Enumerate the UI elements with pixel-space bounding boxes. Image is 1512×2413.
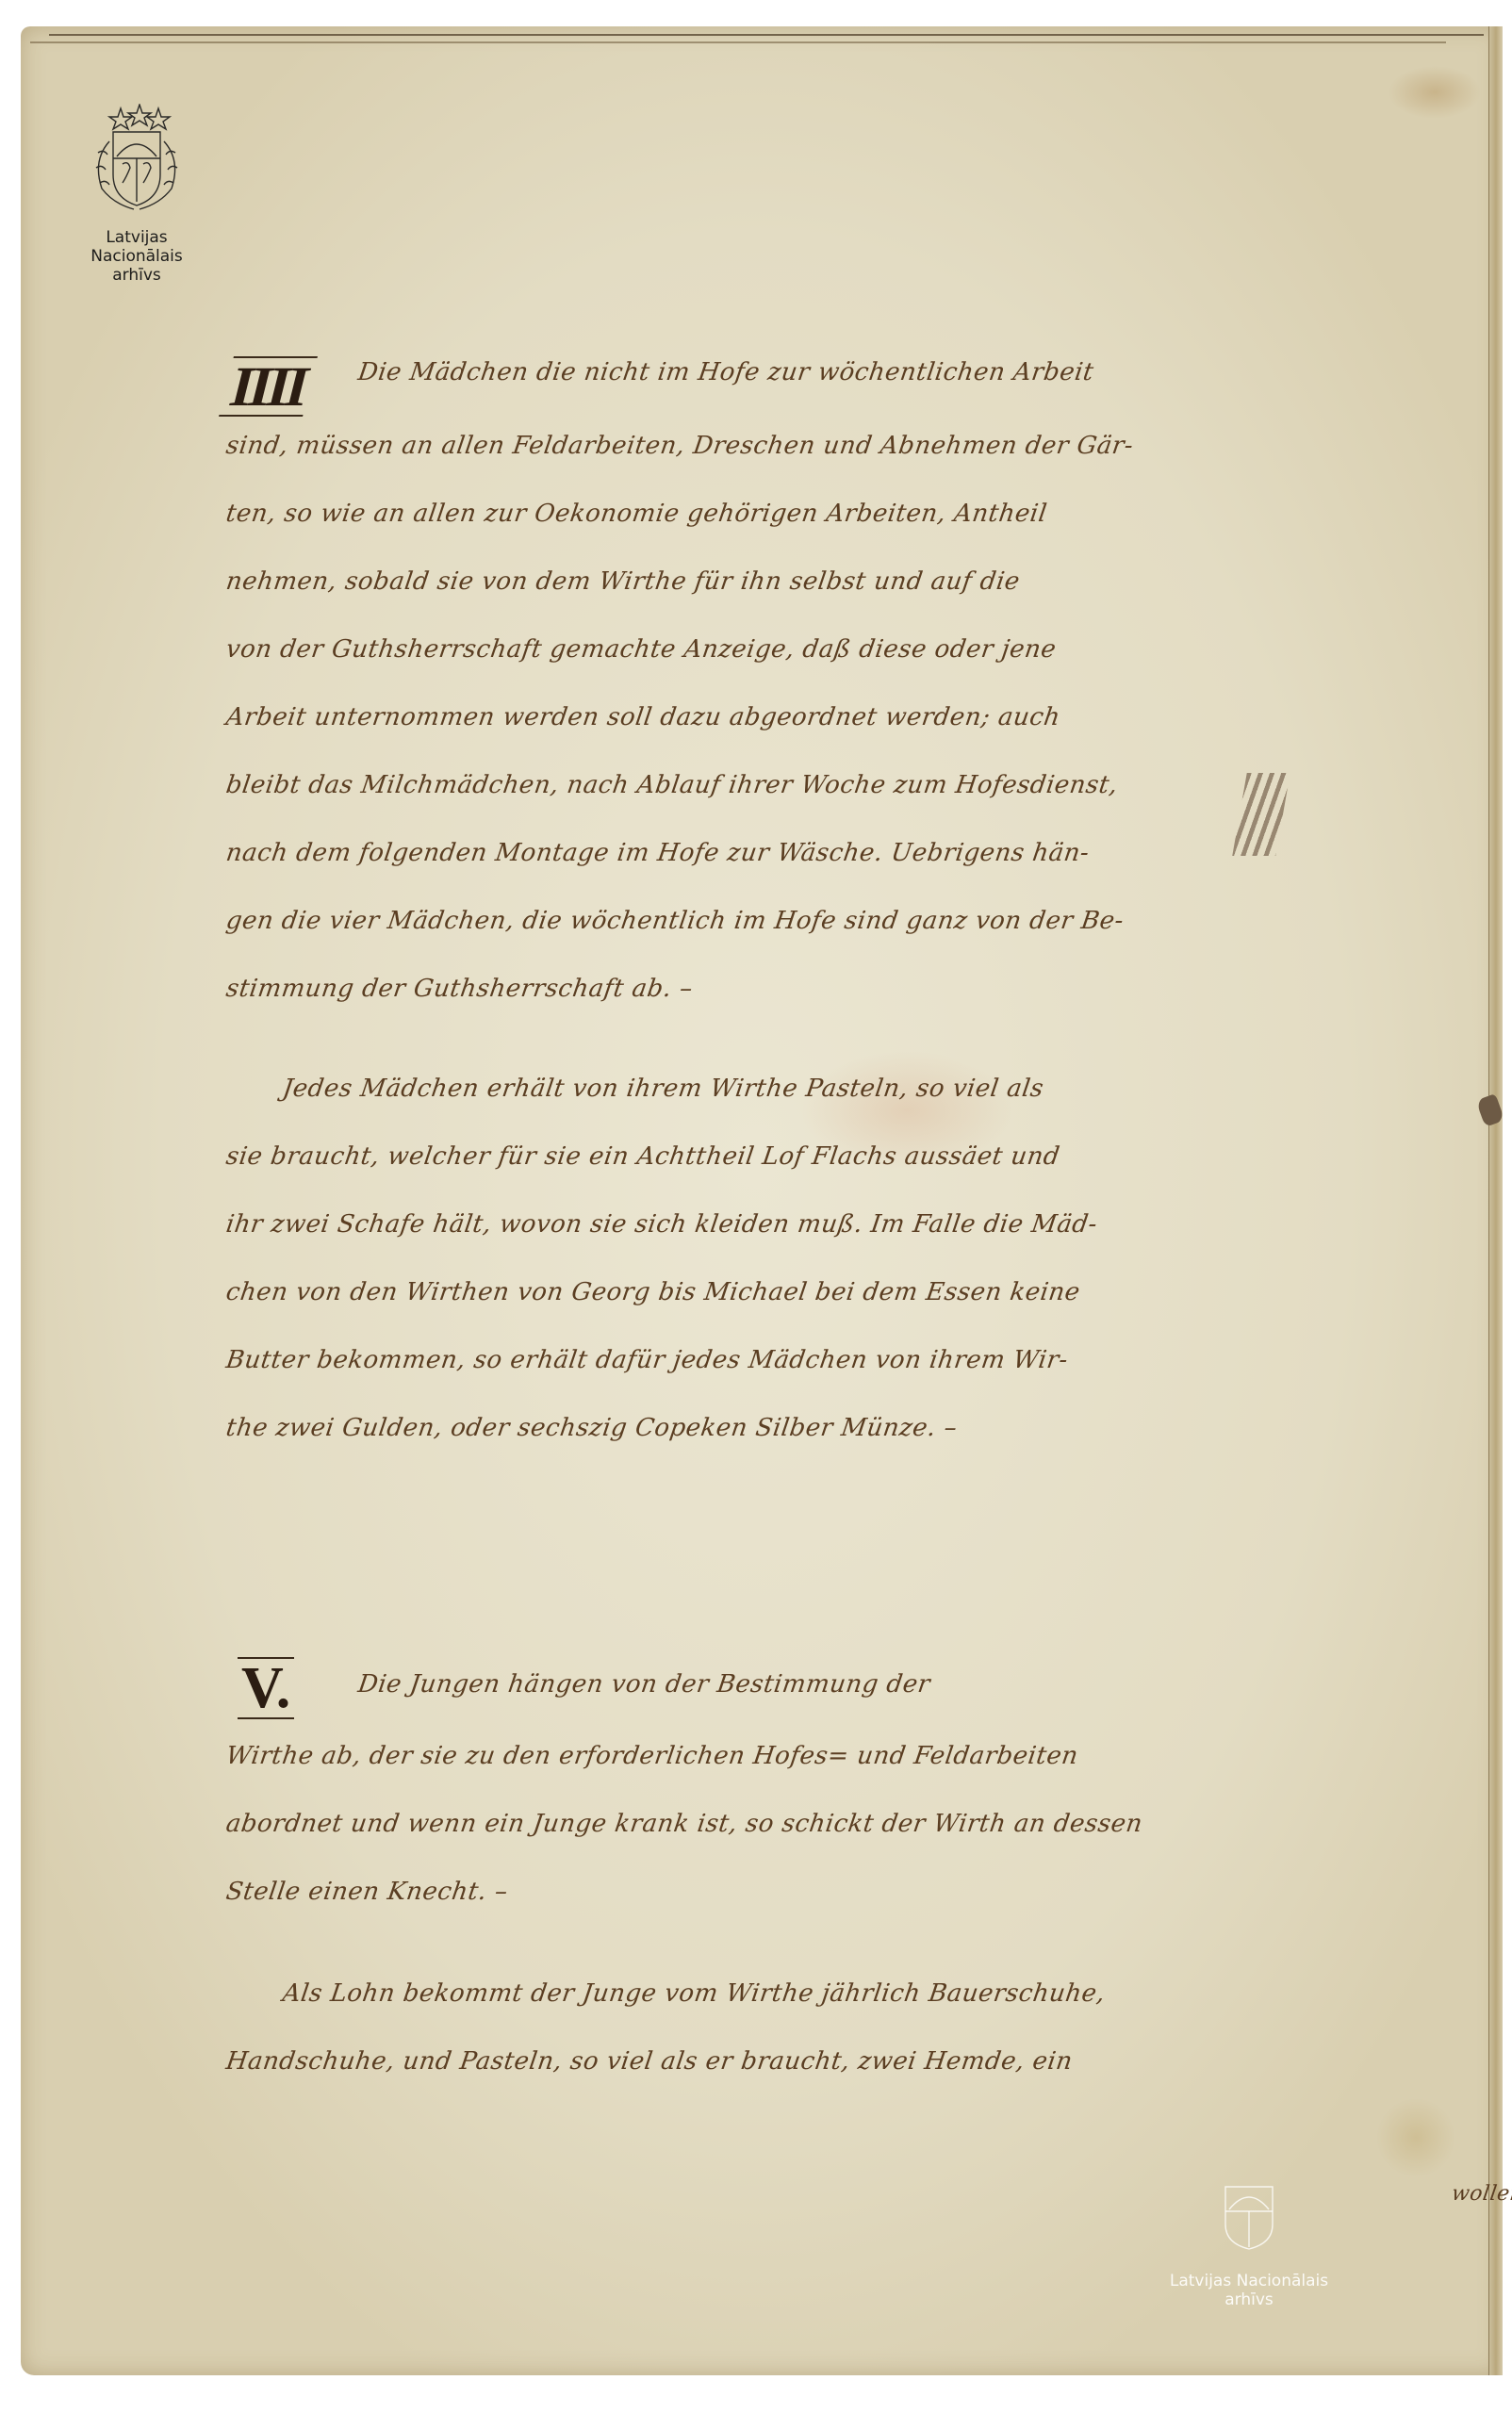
manuscript-line: bleibt das Milchmädchen, nach Ablauf ihr… [224, 771, 1120, 799]
archive-name-line2: arhīvs [66, 266, 207, 285]
section-numeral: IIII [219, 356, 318, 417]
archive-name-line1: Latvijas Nacionālais [66, 228, 207, 266]
manuscript-line: von der Guthsherrschaft gemachte Anzeige… [224, 635, 1058, 664]
archive-watermark-top: Latvijas Nacionālais arhīvs [66, 104, 207, 285]
manuscript-line: chen von den Wirthen von Georg bis Micha… [224, 1278, 1082, 1306]
binding-strip [1488, 26, 1503, 2375]
manuscript-line: Handschuhe, und Pasteln, so viel als er … [224, 2047, 1075, 2076]
manuscript-line: sie braucht, welcher für sie ein Achtthe… [224, 1142, 1061, 1171]
catchword: wollenes [1450, 2182, 1512, 2206]
manuscript-line: nehmen, sobald sie von dem Wirthe für ih… [224, 567, 1022, 596]
latvian-coat-of-arms-icon [85, 104, 189, 217]
manuscript-line: Wirthe ab, der sie zu den erforderlichen… [224, 1742, 1080, 1770]
manuscript-line: ihr zwei Schafe hält, wovon sie sich kle… [224, 1210, 1099, 1239]
manuscript-line: nach dem folgenden Montage im Hofe zur W… [224, 839, 1092, 867]
archive-name-line1: Latvijas Nacionālais [1145, 2272, 1353, 2290]
manuscript-line: Die Mädchen die nicht im Hofe zur wöchen… [356, 358, 1095, 386]
archive-name: Latvijas Nacionālais arhīvs [66, 228, 207, 285]
archive-name-line2: arhīvs [1145, 2290, 1353, 2309]
manuscript-line: Stelle einen Knecht. – [224, 1878, 510, 1906]
manuscript-line: abordnet und wenn ein Junge krank ist, s… [224, 1810, 1144, 1838]
manuscript-line: ten, so wie an allen zur Oekonomie gehör… [224, 500, 1049, 528]
section-numeral: V. [238, 1657, 294, 1719]
manuscript-line: the zwei Gulden, oder sechszig Copeken S… [224, 1414, 959, 1442]
paper-fold-line [49, 34, 1484, 36]
manuscript-line: Butter bekommen, so erhält dafür jedes M… [224, 1346, 1070, 1374]
latvian-coat-of-arms-icon [1216, 2177, 1282, 2253]
manuscript-line: gen die vier Mädchen, die wöchentlich im… [224, 907, 1126, 935]
archive-name: Latvijas Nacionālais arhīvs [1145, 2272, 1353, 2309]
manuscript-line: Als Lohn bekommt der Junge vom Wirthe jä… [281, 1979, 1107, 2008]
manuscript-line: Die Jungen hängen von der Bestimmung der [356, 1670, 932, 1699]
manuscript-line: Arbeit unternommen werden soll dazu abge… [224, 703, 1062, 731]
manuscript-line: stimmung der Guthsherrschaft ab. – [224, 975, 695, 1003]
manuscript-line: sind, müssen an allen Feldarbeiten, Dres… [224, 432, 1135, 460]
paper-fold-line [30, 41, 1446, 43]
archive-watermark-bottom: Latvijas Nacionālais arhīvs [1145, 2177, 1353, 2309]
manuscript-line: Jedes Mädchen erhält von ihrem Wirthe Pa… [281, 1075, 1045, 1103]
